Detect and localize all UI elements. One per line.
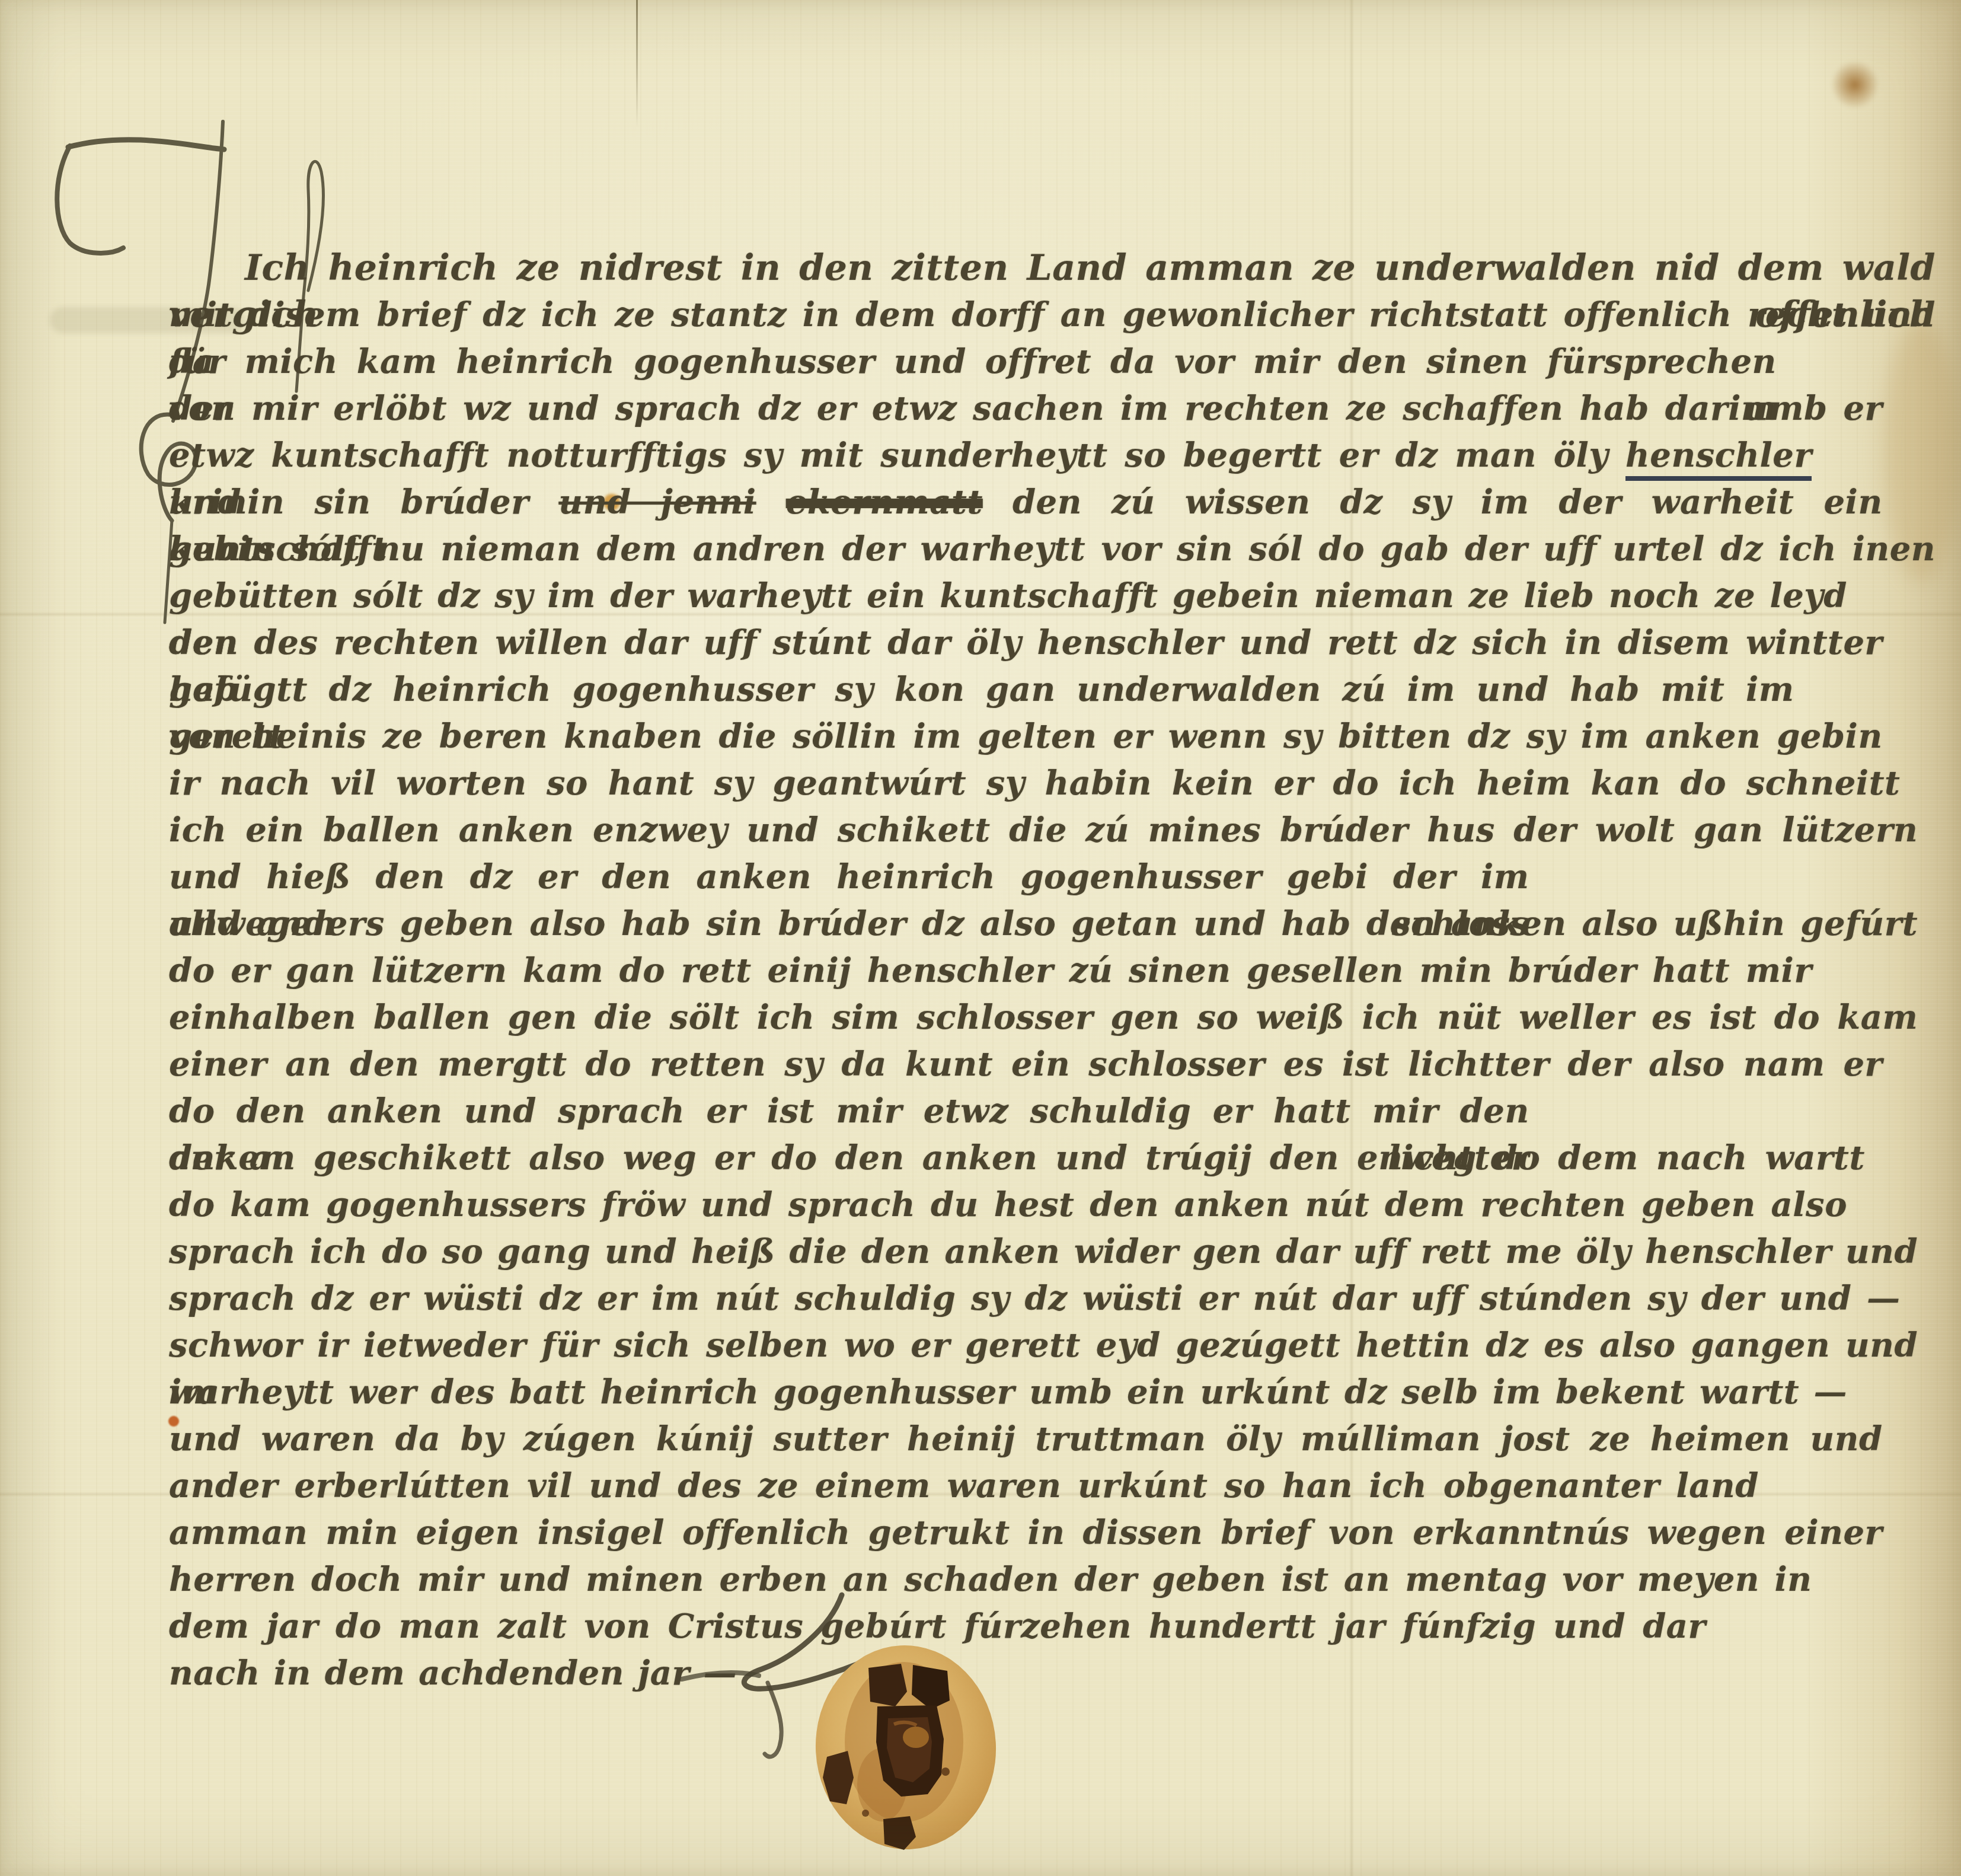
line-text: etwz kuntschafft notturfftigs sy mit sun… [169, 436, 1625, 475]
manuscript-text: Ich heinrich ze nidrest in den zitten La… [169, 245, 1936, 1697]
manuscript-line: und anders geben also hab sin brúder dz … [169, 901, 1918, 947]
manuscript-line: schwor ir ietweder für sich selben wo er… [169, 1322, 1918, 1369]
manuscript-line: ir nach vil worten so hant sy geantwúrt … [169, 760, 1900, 807]
ink-line-mark [636, 0, 638, 127]
manuscript-line: der an geschikett also weg er do den ank… [169, 1135, 1865, 1182]
underlined-word: henschler [1625, 436, 1812, 481]
manuscript-line: gebin sólt nu nieman dem andren der warh… [169, 526, 1936, 573]
manuscript-line: warheytt wer des batt heinrich gogenhuss… [169, 1369, 1847, 1416]
manuscript-line: von mir erlöbt wz und sprach dz er etwz … [169, 385, 1883, 432]
seal-crumb [941, 1767, 950, 1776]
manuscript-line: und waren da by zúgen kúnij sutter heini… [169, 1416, 1883, 1463]
manuscript-line: für mich kam heinrich gogenhusser und of… [169, 339, 1777, 385]
manuscript-page: Ich heinrich ze nidrest in den zitten La… [0, 0, 1961, 1876]
manuscript-line: krinin sin brúder und jenni ekernmatt de… [169, 479, 1883, 526]
seal-highlight-spot [903, 1727, 929, 1748]
wax-seal [794, 1635, 1020, 1872]
manuscript-line: etwz kuntschafft notturfftigs sy mit sun… [169, 432, 1812, 479]
manuscript-line: ich ein ballen anken enzwey und schikett… [169, 807, 1918, 854]
manuscript-line: do kam gogenhussers fröw und sprach du h… [169, 1182, 1847, 1229]
manuscript-line: amman min eigen insigel offenlich getruk… [169, 1510, 1883, 1556]
manuscript-line: gebütten sólt dz sy im der warheytt ein … [169, 573, 1847, 620]
brown-stain [1832, 59, 1878, 110]
manuscript-line: do den anken und sprach er ist mir etwz … [169, 1088, 1529, 1135]
initial-top-sweep [68, 140, 224, 149]
flourish-tail [765, 1683, 781, 1757]
manuscript-line: Ich heinrich ze nidrest in den zitten La… [169, 245, 1936, 292]
scribbled-word: ekernmatt [786, 483, 983, 522]
manuscript-line: von heinis ze beren knaben die söllin im… [169, 713, 1883, 760]
seal-crumb [862, 1810, 869, 1817]
manuscript-line: gefügtt dz heinrich gogenhusser sy kon g… [169, 666, 1794, 713]
manuscript-line: sprach ich do so gang und heiß die den a… [169, 1229, 1918, 1275]
manuscript-line: ander erberlútten vil und des ze einem w… [169, 1463, 1759, 1510]
manuscript-line: do er gan lützern kam do rett einij hens… [169, 947, 1812, 994]
manuscript-line: und hieß den dz er den anken heinrich go… [169, 854, 1529, 901]
struck-words: und jenni [558, 483, 756, 522]
manuscript-line: einer an den mergtt do retten sy da kunt… [169, 1041, 1883, 1088]
manuscript-line: sprach dz er wüsti dz er im nút schuldig… [169, 1275, 1900, 1322]
manuscript-line: einhalben ballen gen die sölt ich sim sc… [169, 994, 1918, 1041]
initial-left-bowl [57, 146, 123, 253]
manuscript-line: den des rechten willen dar uff stúnt dar… [169, 620, 1883, 666]
manuscript-line: mit disem brief dz ich ze stantz in dem … [169, 292, 1936, 339]
line-text [756, 483, 786, 522]
line-text: krinin sin brúder [169, 483, 558, 522]
manuscript-line: herren doch mir und minen erben an schad… [169, 1556, 1812, 1603]
